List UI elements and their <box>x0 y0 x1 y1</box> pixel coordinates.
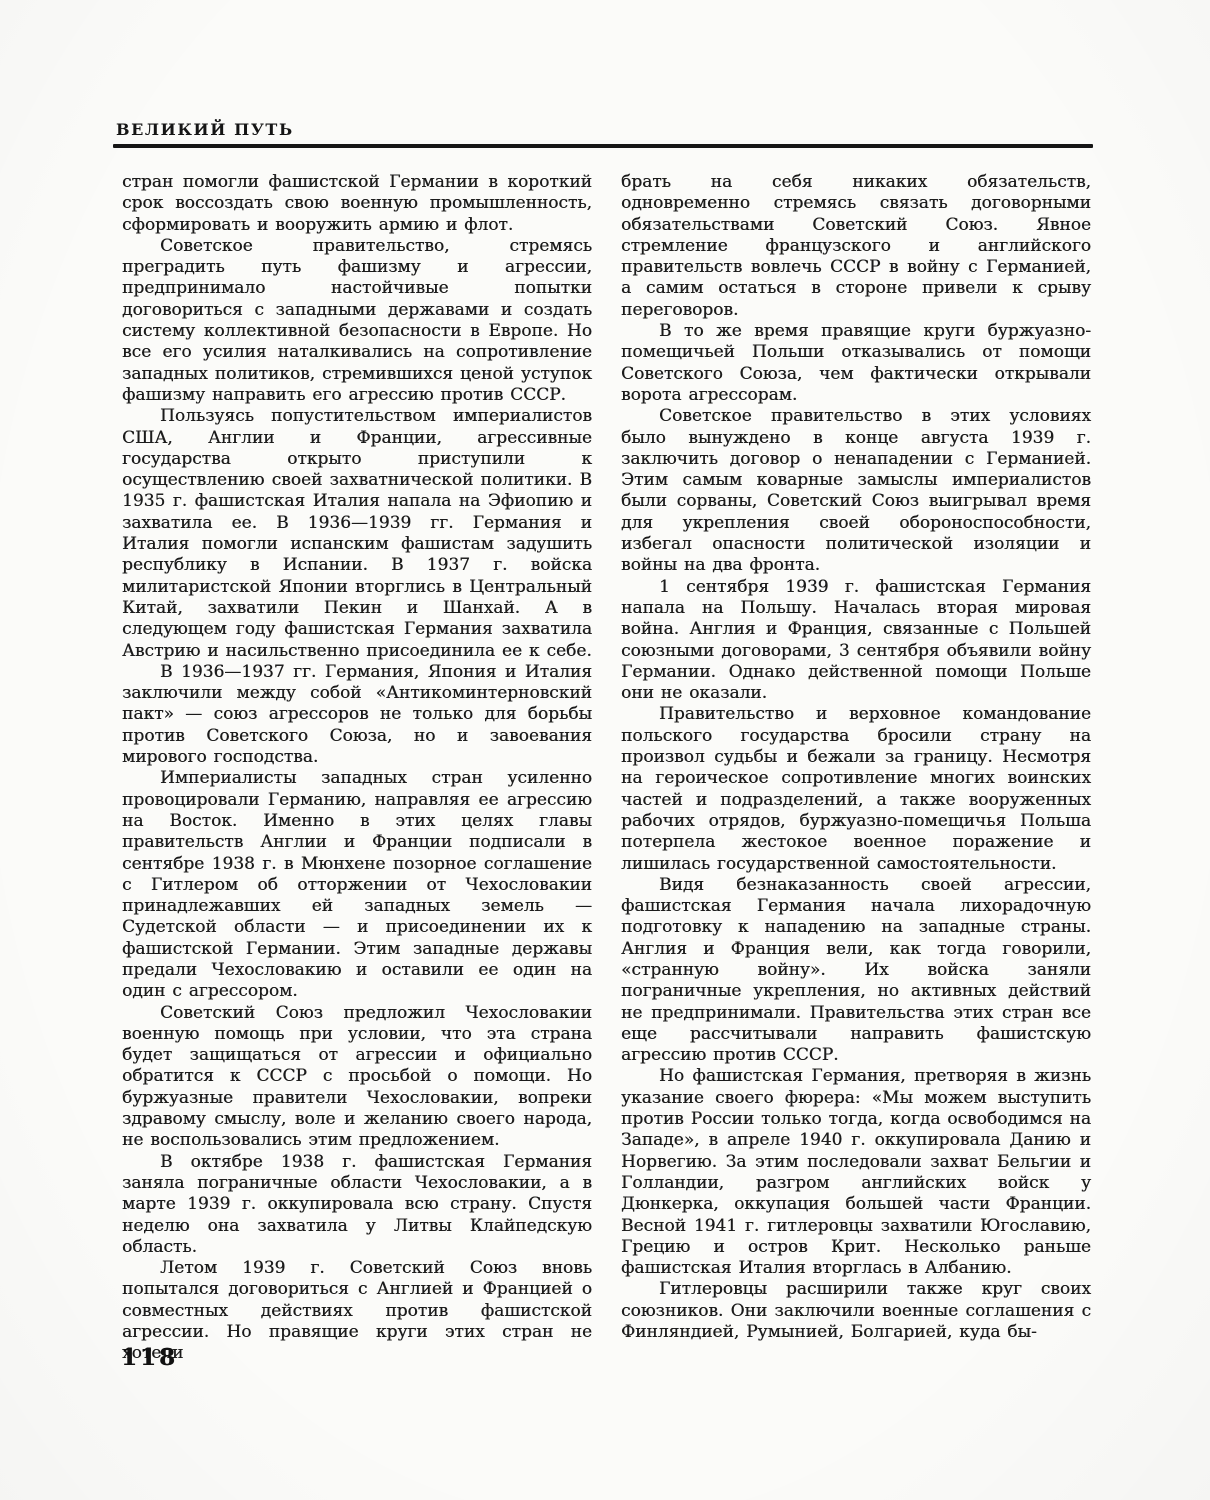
header-rule <box>113 144 1093 148</box>
page-number: 118 <box>121 1344 178 1371</box>
paragraph: Летом 1939 г. Советский Союз вновь попыт… <box>122 1258 592 1364</box>
running-header: ВЕЛИКИЙ ПУТЬ <box>116 120 294 139</box>
book-page: ВЕЛИКИЙ ПУТЬ стран помогли фашистской Ге… <box>0 0 1210 1500</box>
paragraph: В октябре 1938 г. фашистская Германия за… <box>122 1152 592 1258</box>
paragraph: Империалисты западных стран усиленно про… <box>122 768 592 1002</box>
paragraph: Советское правительство в этих условиях … <box>621 406 1091 576</box>
paragraph: брать на себя никаких обязательств, одно… <box>621 172 1091 321</box>
paragraph: стран помогли фашистской Германии в коро… <box>122 172 592 236</box>
paragraph: В то же время правящие круги буржуазно-п… <box>621 321 1091 406</box>
paragraph: Но фашистская Германия, претворяя в жизн… <box>621 1066 1091 1279</box>
paragraph: Гитлеровцы расширили также круг своих со… <box>621 1279 1091 1343</box>
paragraph: Советское правительство, стремясь прегра… <box>122 236 592 406</box>
left-column: стран помогли фашистской Германии в коро… <box>122 172 592 1365</box>
right-column: брать на себя никаких обязательств, одно… <box>621 172 1091 1365</box>
text-columns: стран помогли фашистской Германии в коро… <box>122 172 1090 1365</box>
paragraph: В 1936—1937 гг. Германия, Япония и Итали… <box>122 662 592 768</box>
paragraph: Видя безнаказанность своей агрессии, фаш… <box>621 875 1091 1067</box>
paragraph: 1 сентября 1939 г. фашистская Германия н… <box>621 577 1091 705</box>
paragraph: Пользуясь попустительством империалистов… <box>122 406 592 662</box>
paragraph: Советский Союз предложил Чехословакии во… <box>122 1003 592 1152</box>
paragraph: Правительство и верховное командование п… <box>621 704 1091 874</box>
